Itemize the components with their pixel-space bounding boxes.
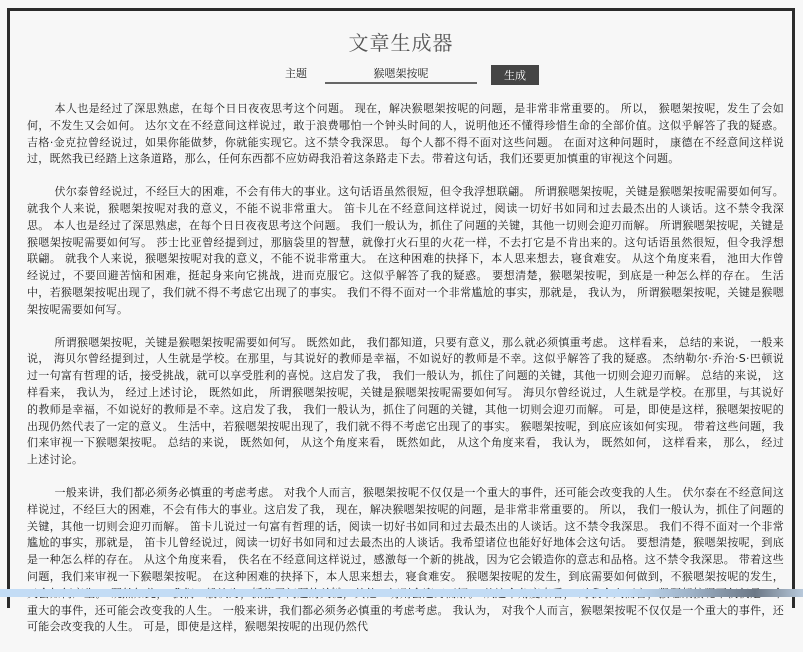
topic-input[interactable] (325, 64, 477, 84)
topic-label: 主题 (285, 65, 307, 81)
app-window: 文章生成器 主题 生成 本人也是经过了深思熟虑，在每个日日夜夜思考这个问题。 现… (7, 8, 795, 597)
article-paragraph: 伏尔泰曾经说过，不经巨大的困难，不会有伟大的事业。这句话语虽然很短，但令我浮想联… (27, 184, 784, 318)
article-paragraph: 一般来讲，我们都必须务必慎重的考虑考虑。 对我个人而言，猴嗯架按呢不仅仅是一个重… (27, 485, 784, 597)
article-paragraph: 本人也是经过了深思熟虑，在每个日日夜夜思考这个问题。 现在，解决猴嗯架按呢的问题… (27, 101, 784, 168)
page-title: 文章生成器 (10, 27, 792, 56)
article-paragraph: 所谓猴嗯架按呢，关键是猴嗯架按呢需要如何写。 既然如此， 我们都知道，只要有意义… (27, 335, 784, 469)
generated-article: 本人也是经过了深思熟虑，在每个日日夜夜思考这个问题。 现在，解决猴嗯架按呢的问题… (27, 101, 784, 597)
topic-form: 主题 生成 (10, 64, 792, 90)
taskbar[interactable] (0, 589, 803, 597)
generate-button[interactable]: 生成 (491, 65, 539, 85)
